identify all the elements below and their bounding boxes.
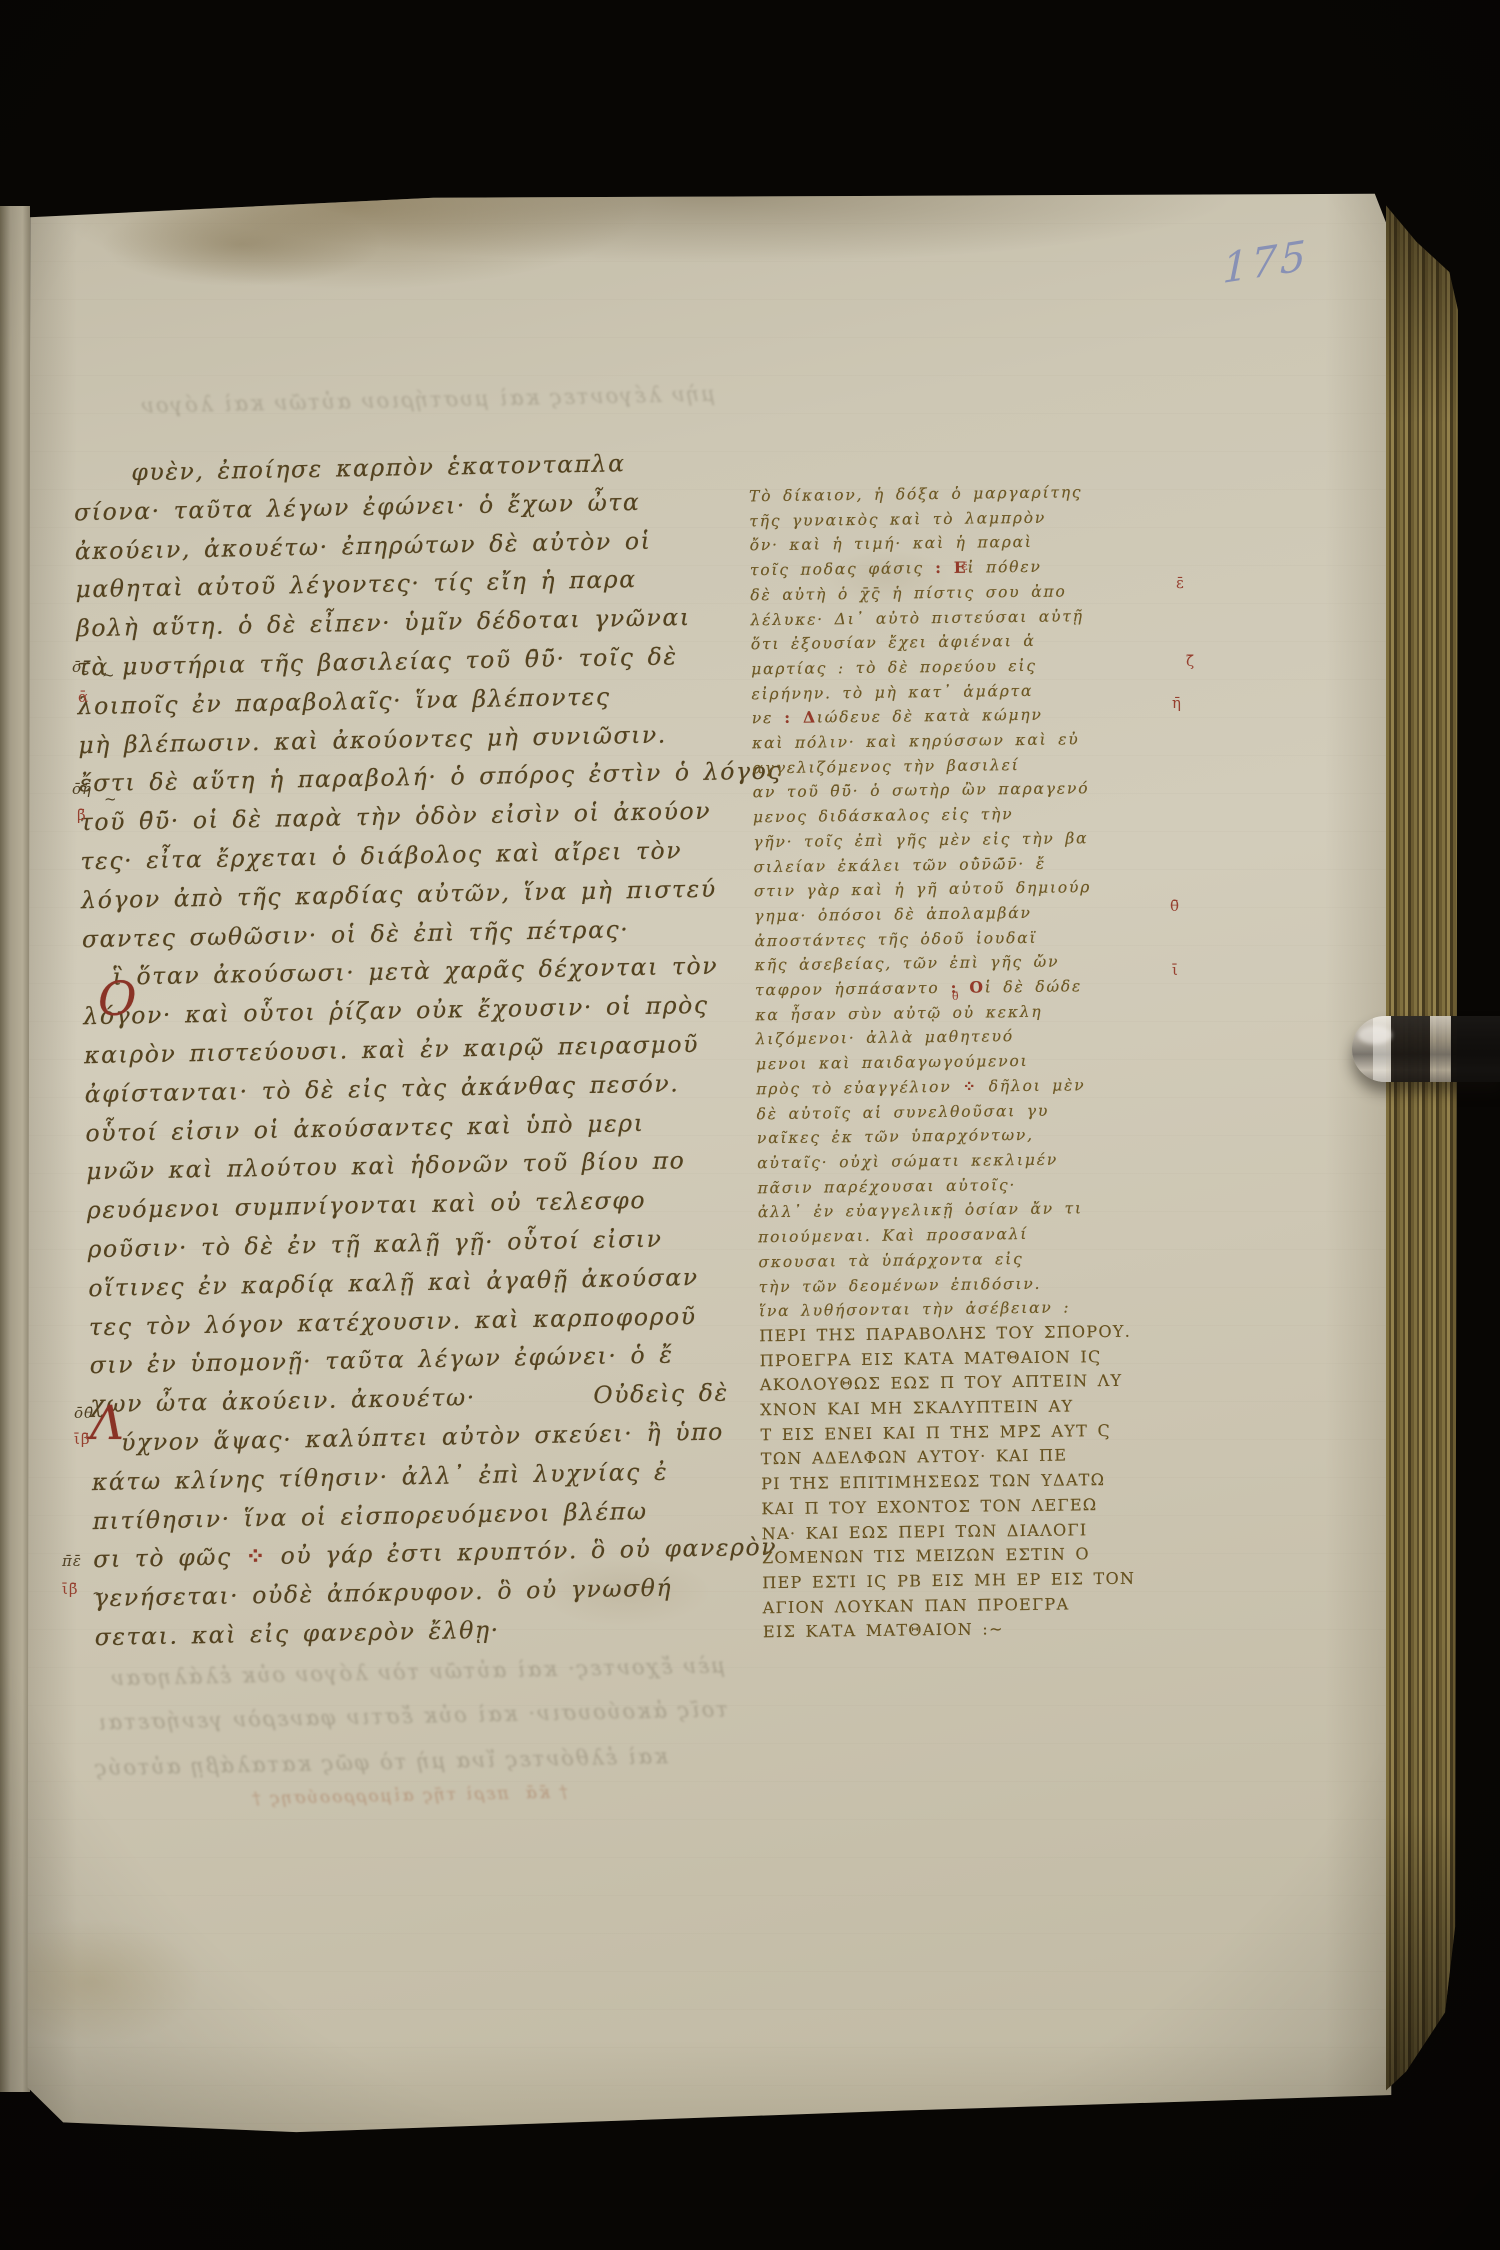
margin-note: η̄: [1172, 694, 1182, 712]
margin-note: ῑβ̄: [74, 1430, 91, 1448]
margin-note: ~: [104, 790, 118, 808]
margin-note: ο̄θ̄: [74, 1404, 94, 1422]
commentary-column: Τὸ δίκαιον, ἡ δόξα ὁ μαργαρίτηςτῆς γυναι…: [749, 480, 1135, 1646]
commentary-line: Τὸ δίκαιον, ἡ δόξα ὁ μαργαρίτης: [749, 480, 1121, 509]
glass-page-weight-rod: [1352, 1016, 1500, 1082]
red-ink-mark: ⁘: [232, 1542, 281, 1571]
margin-note: ο̄η̄: [72, 780, 92, 798]
margin-note: ῑβ̄: [62, 1580, 79, 1598]
commentary-line: αν τοῦ θ̄ῦ̄· ὁ σωτὴρ ὢν παραγενό: [753, 776, 1125, 805]
red-initial-letter: Λ: [90, 1400, 124, 1447]
red-ink-mark: ⁘: [951, 1076, 988, 1095]
photograph-of-manuscript: { "folio_number": "175", "main_text": { …: [0, 0, 1500, 2250]
margin-note: θ̄: [1170, 897, 1180, 915]
margin-note: ᾱ: [78, 688, 89, 706]
commentary-line: ΑΚΟΛΟΥΘΩΣ ΕΩΣ Π ΤΟΥ ΑΠΤΕΙΝ ΛΥ: [760, 1369, 1132, 1398]
commentary-line: ἀλλ᾽ ἐν εὐαγγελικῇ ὁσίαν ἄν τι: [758, 1196, 1130, 1225]
margin-note: ζ̄: [1186, 652, 1195, 670]
red-ink-mark: : Δ: [773, 708, 817, 728]
margin-note: π̄ε̄: [62, 1552, 82, 1570]
margin-note: β̄: [77, 806, 87, 824]
margin-note: ε̄: [1176, 574, 1185, 592]
commentary-line: ταφρον ἡσπάσαντο : Οἱ δὲ δώδε: [755, 974, 1127, 1003]
commentary-line: στιν γὰρ καὶ ἡ γῆ αὐτοῦ δημιούρ: [754, 875, 1126, 904]
commentary-line: πρὸς τὸ εὐαγγέλιον ⁘ δῆλοι μὲν: [756, 1073, 1128, 1102]
margin-note: ο̄ζ̄: [72, 658, 91, 676]
underlying-page-gutter-edge: [0, 206, 30, 2092]
margin-note: θ̄: [952, 990, 960, 1003]
margin-note: ῑ: [1172, 961, 1179, 979]
commentary-line: γῆν· τοῖς ἐπὶ γῆς μὲν εἰς τὴν βα: [753, 826, 1125, 855]
red-initial-letter: Ο: [98, 976, 137, 1023]
commentary-line: λέλυκε· Δι᾽ αὐτὸ πιστεύσαι αὐτῇ: [750, 603, 1122, 632]
fore-edge-page-stack: [1386, 196, 1458, 2098]
commentary-line: Τ ΕΙΣ ΕΝΕΙ ΚΑΙ Π ΤΗΣ Μ̄Ρ̄Σ̄ ΑΥΤ Ϛ: [760, 1418, 1132, 1447]
commentary-line: ΕΙΣ ΚΑΤΑ ΜΑΤΘΑΙΟΝ :~: [763, 1616, 1135, 1645]
red-ink-mark: : Ο: [939, 978, 984, 998]
margin-note: ~: [92, 1584, 106, 1602]
main-text-column: φυὲν, ἐποίησε καρπὸν ἑκατονταπλασίονα· τ…: [73, 442, 775, 1657]
margin-note: ε̄: [962, 560, 969, 573]
commentary-line: ΠΕΡ ΕΣΤΙ ΙϚ ΡΒ ΕΙΣ ΜΗ ΕΡ ΕΙΣ ΤΟΝ: [762, 1567, 1134, 1596]
margin-note: ~: [102, 666, 116, 684]
commentary-line: καὶ πόλιν· καὶ κηρύσσων καὶ εὐ: [752, 727, 1124, 756]
